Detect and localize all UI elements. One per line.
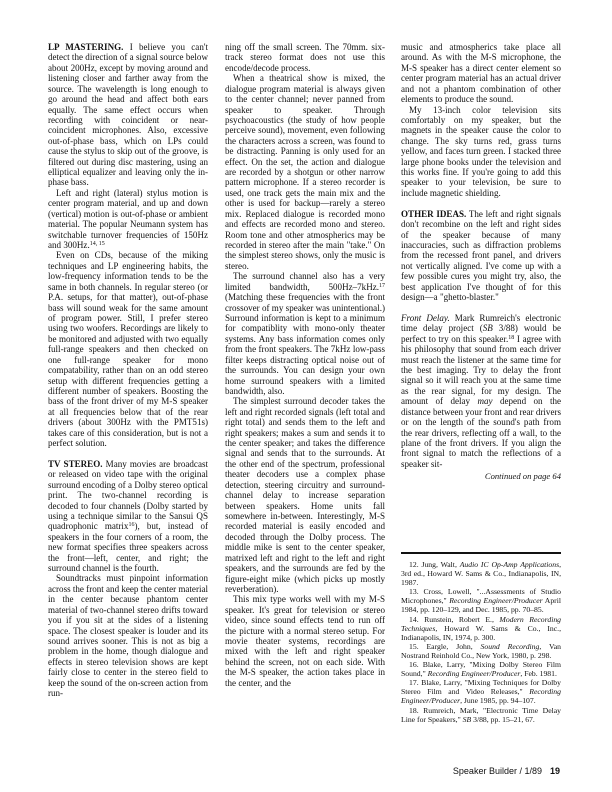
section-heading-lp-mastering: LP MASTERING. (48, 42, 123, 52)
paragraph: Soundtracks must pinpoint information ac… (48, 573, 208, 698)
paragraph: ning off the small screen. The 70mm. six… (225, 42, 385, 73)
paragraph: Left and right (lateral) stylus motion i… (48, 188, 208, 251)
paragraph: The surround channel also has a very lim… (225, 271, 385, 396)
footnote-16: 16. Blake, Larry, "Mixing Dolby Stereo F… (401, 660, 561, 678)
footnote-15: 15. Eargle, John, Sound Recording, Van N… (401, 642, 561, 660)
page-number: 19 (550, 766, 560, 776)
subheading-front-delay: Front Delay. (401, 313, 450, 323)
footnote-ref: 14, 15 (90, 241, 105, 247)
article-column-1: LP MASTERING. I believe you can't detect… (48, 42, 208, 699)
paragraph-lp-mastering: LP MASTERING. I believe you can't detect… (48, 42, 208, 188)
footnote-divider (401, 552, 561, 554)
continued-link[interactable]: Continued on page 64 (401, 471, 561, 481)
footnote-13: 13. Cross, Lowell, "...Assessments of St… (401, 587, 561, 614)
section-heading-other-ideas: OTHER IDEAS. (401, 209, 466, 219)
footnote-18: 18. Rumreich, Mark, "Electronic Time Del… (401, 706, 561, 724)
paragraph: Even on CDs, because of the miking techn… (48, 250, 208, 448)
paragraph: When a theatrical show is mixed, the dia… (225, 73, 385, 271)
footnote-12: 12. Jung, Walt, Audio IC Op-Amp Applicat… (401, 560, 561, 587)
article-column-2: ning off the small screen. The 70mm. six… (225, 42, 385, 688)
article-column-3: music and atmospherics take place all ar… (401, 42, 561, 482)
footnote-17: 17. Blake, Larry, "Mixing Techniques for… (401, 678, 561, 705)
paragraph-other-ideas: OTHER IDEAS. The left and right signals … (401, 209, 561, 303)
paragraph-front-delay: Front Delay. Mark Rumreich's electronic … (401, 313, 561, 469)
footnotes: 12. Jung, Walt, Audio IC Op-Amp Applicat… (401, 560, 561, 724)
paragraph-tv-stereo: TV STEREO. Many movies are broadcast or … (48, 459, 208, 574)
page-footer: Speaker Builder / 1/8919 (440, 766, 560, 776)
footnote-14: 14. Runstein, Robert E., Modern Recordin… (401, 615, 561, 642)
footnote-ref: 17 (379, 283, 385, 289)
section-heading-tv-stereo: TV STEREO. (48, 459, 103, 469)
paragraph: My 13-inch color television sits comfort… (401, 105, 561, 199)
paragraph: The simplest surround decoder takes the … (225, 396, 385, 594)
paragraph: This mix type works well with my M-S spe… (225, 594, 385, 688)
paragraph: music and atmospherics take place all ar… (401, 42, 561, 105)
publication-name: Speaker Builder / 1/89 (453, 766, 542, 776)
